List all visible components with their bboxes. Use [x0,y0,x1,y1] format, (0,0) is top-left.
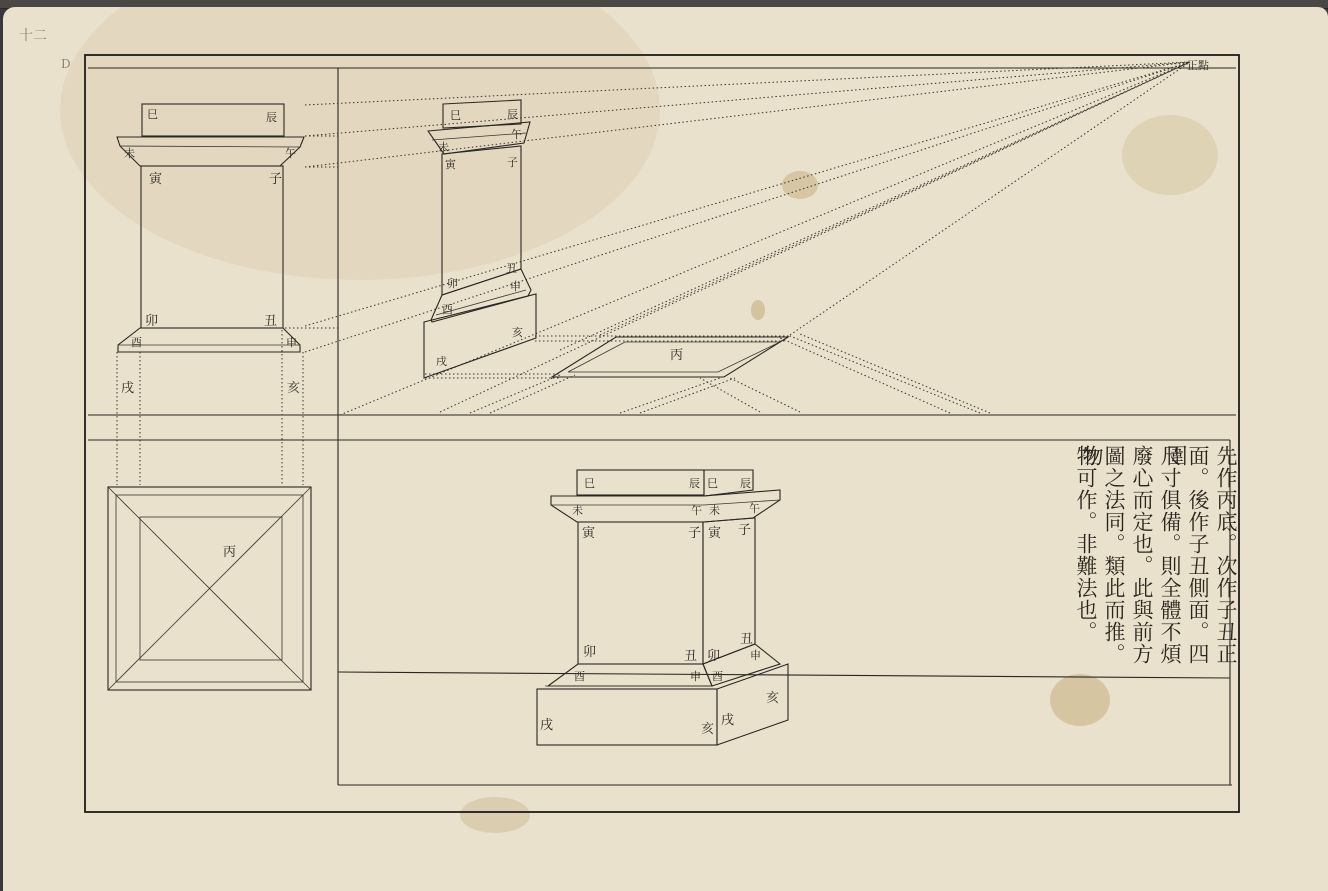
plan-view [108,487,311,690]
svg-text:巳: 巳 [707,477,718,490]
plan-view-label: 丙 [223,545,236,560]
svg-text:戌: 戌 [540,717,553,733]
svg-text:寅: 寅 [445,157,457,171]
svg-text:寅: 寅 [708,526,722,541]
svg-text:申: 申 [510,279,521,293]
stains [60,7,1218,833]
svg-text:午: 午 [511,127,522,141]
svg-text:申: 申 [286,335,297,349]
svg-text:寅: 寅 [582,526,596,541]
caption-column-3: 尺寸俱備。則全體不煩 [1159,445,1181,665]
svg-text:酉: 酉 [574,670,585,683]
svg-text:亥: 亥 [287,381,300,396]
svg-text:酉: 酉 [131,336,142,349]
scanned-page: 十二 D [3,7,1328,891]
svg-text:亥: 亥 [512,325,523,339]
svg-text:酉: 酉 [712,670,723,683]
svg-text:戌: 戌 [436,354,447,368]
svg-text:午: 午 [285,146,296,160]
svg-text:未: 未 [709,503,720,517]
svg-text:未: 未 [124,146,135,160]
svg-text:未: 未 [572,503,583,517]
svg-text:寅: 寅 [149,172,163,187]
svg-text:巳: 巳 [147,108,158,121]
labels-bottom-side: 巳 辰 未 午 寅 子 卯 丑 酉 申 戌 亥 [707,477,779,728]
svg-text:卯: 卯 [707,649,720,664]
svg-text:卯: 卯 [145,314,158,329]
svg-text:辰: 辰 [507,108,518,121]
caption-text: 先作丙底。次作子丑正 面。後作子丑側面。四圍 尺寸俱備。則全體不煩 廢心而定也。… [1061,445,1241,685]
svg-text:子: 子 [269,172,282,187]
caption-column-6: 物可作。非難法也。 [1075,445,1097,643]
svg-text:未: 未 [438,140,449,154]
svg-text:戌: 戌 [121,380,134,396]
svg-text:戌: 戌 [721,712,734,728]
svg-text:亥: 亥 [701,722,714,737]
vanishing-point-label: 正點 [1187,58,1209,72]
svg-text:丑: 丑 [684,649,697,664]
svg-text:子: 子 [507,156,518,169]
ground-plane-label: 丙 [670,348,683,363]
svg-text:辰: 辰 [266,111,277,124]
svg-text:卯: 卯 [583,645,596,660]
svg-text:巳: 巳 [450,109,461,122]
svg-text:子: 子 [738,523,751,538]
svg-text:申: 申 [750,648,761,662]
svg-text:卯: 卯 [447,276,458,290]
svg-text:辰: 辰 [740,477,751,490]
svg-text:亥: 亥 [766,691,779,706]
svg-text:午: 午 [749,501,760,515]
svg-text:午: 午 [691,503,702,517]
caption-column-1: 先作丙底。次作子丑正 [1215,445,1237,665]
svg-text:丑: 丑 [264,314,277,329]
svg-text:巳: 巳 [584,477,595,490]
labels-bottom-front: 巳 辰 未 午 寅 子 卯 丑 酉 申 戌 亥 [540,477,714,737]
svg-text:酉: 酉 [442,303,453,316]
svg-text:丑: 丑 [506,262,517,275]
svg-text:丑: 丑 [740,632,753,647]
svg-text:辰: 辰 [689,477,700,490]
svg-text:申: 申 [690,669,701,683]
svg-text:子: 子 [688,526,701,541]
caption-column-4: 廢心而定也。此與前方 [1131,445,1153,665]
